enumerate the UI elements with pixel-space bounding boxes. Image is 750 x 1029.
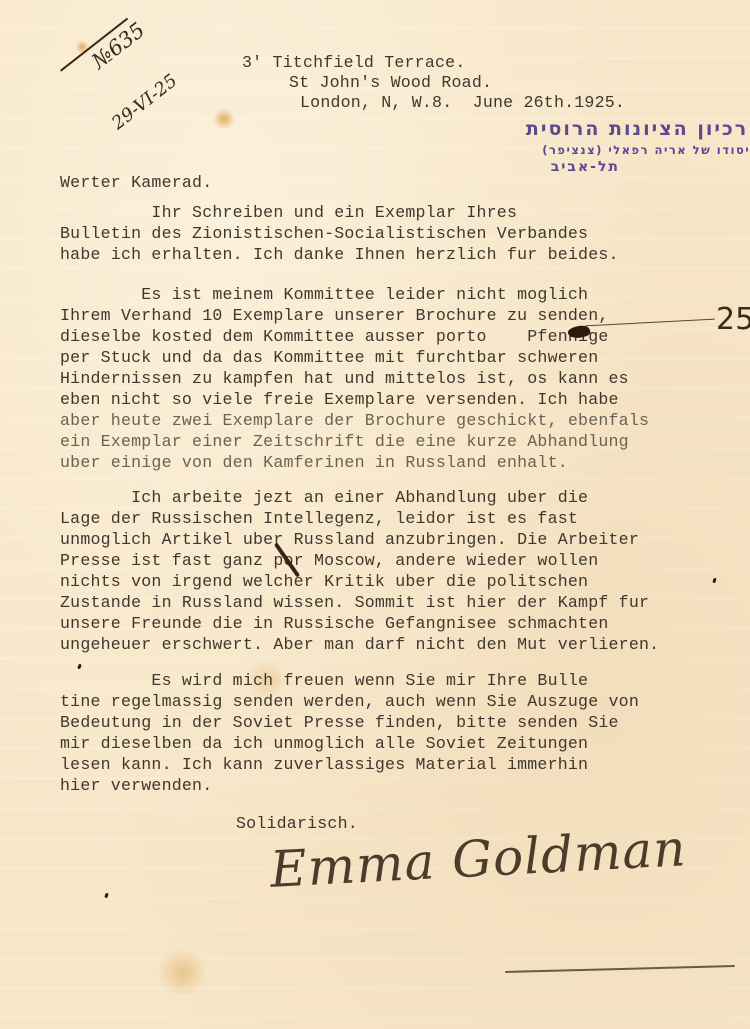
stamp-line-3: תל-אביב	[440, 159, 620, 175]
text-line: aber heute zwei Exemplare der Brochure g…	[60, 410, 649, 431]
price-note: 25	[716, 302, 750, 337]
text-line: lesen kann. Ich kann zuverlassiges Mater…	[60, 754, 588, 775]
text-line: habe ich erhalten. Ich danke Ihnen herzl…	[60, 244, 619, 265]
letterhead-line-2: St John's Wood Road.	[289, 72, 492, 93]
text-line: eben nicht so viele freie Exemplare vers…	[60, 389, 619, 410]
archive-stamp: ארכיון הציונות הרוסית מיסודו של אריה רפא…	[440, 118, 750, 175]
text-line: ungeheuer erschwert. Aber man darf nicht…	[60, 634, 659, 655]
text-line: ein Exemplar einer Zeitschrift die eine …	[60, 431, 629, 452]
stamp-line-1: ארכיון הציונות הרוסית	[440, 118, 750, 140]
paper-stain	[155, 950, 210, 995]
text-line: Bedeutung in der Soviet Presse finden, b…	[60, 712, 619, 733]
letterhead-line-3: London, N, W.8. June 26th.1925.	[300, 92, 625, 113]
closing: Solidarisch.	[236, 813, 358, 834]
ink-speck	[77, 664, 82, 670]
text-line: uber einige von den Kamferinen in Russla…	[60, 452, 568, 473]
stamp-line-2: מיסודו של אריה רפאלי (צנציפר)	[440, 143, 750, 157]
ink-speck	[712, 578, 717, 584]
letterhead-line-1: 3' Titchfield Terrace.	[242, 52, 465, 73]
text-line: Zustande in Russland wissen. Sommit ist …	[60, 592, 649, 613]
text-line: Hindernissen zu kampfen hat und mittelos…	[60, 368, 629, 389]
salutation: Werter Kamerad.	[60, 172, 212, 193]
text-line: Ich arbeite jezt an einer Abhandlung ube…	[60, 487, 588, 508]
text-line: Presse ist fast ganz por Moscow, andere …	[60, 550, 598, 571]
text-line: hier verwenden.	[60, 775, 212, 796]
text-line: dieselbe kosted dem Kommittee ausser por…	[60, 326, 609, 347]
text-line: Es wird mich freuen wenn Sie mir Ihre Bu…	[60, 670, 588, 691]
text-line: Ihr Schreiben und ein Exemplar Ihres	[60, 202, 517, 223]
text-line: Bulletin des Zionistischen-Socialistisch…	[60, 223, 588, 244]
text-line: Ihrem Verhand 10 Exemplare unserer Broch…	[60, 305, 609, 326]
text-line: unmoglich Artikel uber Russland anzubrin…	[60, 529, 639, 550]
text-line: mir dieselben da ich unmoglich alle Sovi…	[60, 733, 588, 754]
text-line: nichts von irgend welcher Kritik uber di…	[60, 571, 588, 592]
text-line: unsere Freunde die in Russische Gefangni…	[60, 613, 609, 634]
text-line: Es ist meinem Kommittee leider nicht mog…	[60, 284, 588, 305]
text-line: Lage der Russischen Intellegenz, leidor …	[60, 508, 578, 529]
text-line: per Stuck und da das Kommittee mit furch…	[60, 347, 598, 368]
paper-stain	[213, 108, 235, 130]
signature-underline	[505, 965, 735, 973]
text-line: tine regelmassig senden werden, auch wen…	[60, 691, 639, 712]
ink-speck	[104, 893, 109, 899]
